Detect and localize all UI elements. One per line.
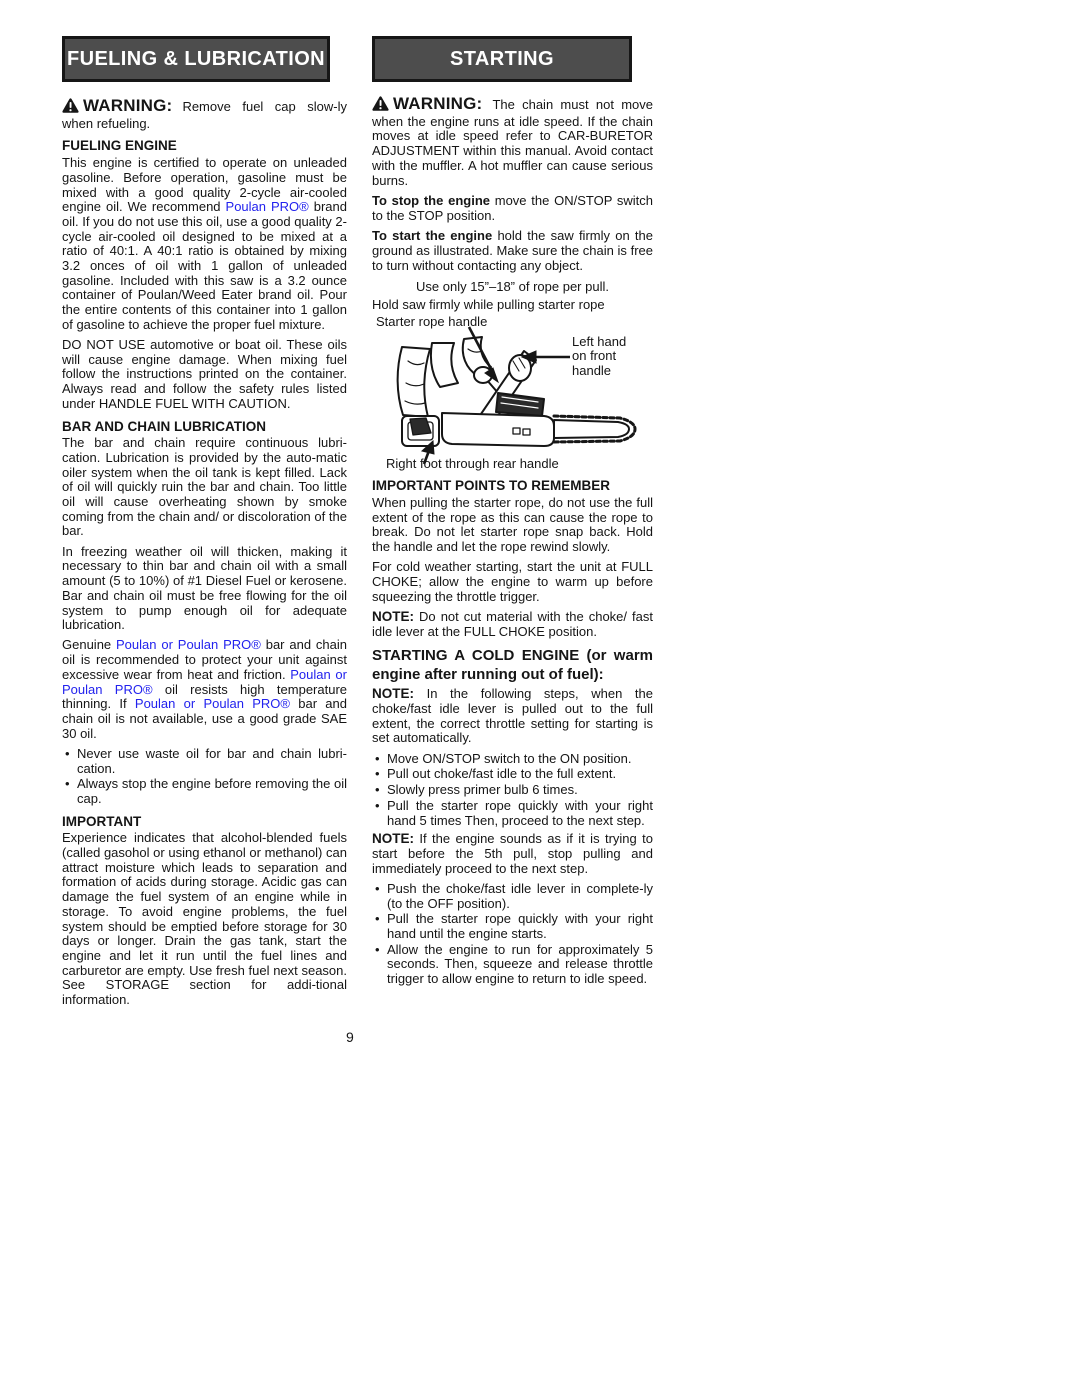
bold-lead: To start the engine — [372, 228, 492, 243]
page-number: 9 — [346, 1029, 354, 1045]
rope-length-note: Use only 15”–18” of rope per pull. — [372, 280, 653, 295]
body-text: Do not cut material with the choke/ fast… — [372, 609, 653, 639]
body-text: If the engine sounds as if it is trying … — [372, 831, 653, 875]
list-item: Pull the starter rope quickly with your … — [372, 799, 653, 828]
brand-text-poulan-pro: Poulan PRO® — [226, 199, 309, 214]
list-item: Push the choke/fast idle lever in comple… — [372, 882, 653, 911]
chainsaw-drawing — [372, 315, 653, 465]
paragraph-points-2: For cold weather starting, start the uni… — [372, 560, 653, 604]
section-header-starting-label: STARTING — [450, 48, 554, 71]
paragraph-points-1: When pulling the starter rope, do not us… — [372, 496, 653, 555]
oil-bullet-list: Never use waste oil for bar and chain lu… — [62, 747, 347, 807]
note-label: NOTE: — [372, 831, 414, 846]
paragraph-fueling-engine: This engine is certified to operate on u… — [62, 156, 347, 332]
warning-triangle-icon — [372, 96, 389, 115]
warning-label: WARNING: — [393, 94, 482, 113]
note-steps: NOTE: In the following steps, when the c… — [372, 687, 653, 746]
manual-page: FUELING & LUBRICATION STARTING WARNING:R… — [0, 0, 1080, 1397]
paragraph-important: Experience indicates that alcohol-blende… — [62, 831, 347, 1007]
cold-start-steps-list: Move ON/STOP switch to the ON position. … — [372, 752, 653, 829]
note-label: NOTE: — [372, 686, 414, 701]
paragraph-bar-chain-2: In freezing weather oil will thicken, ma… — [62, 545, 347, 633]
warning-starting: WARNING:The chain must not move when the… — [372, 96, 653, 188]
warning-label: WARNING: — [83, 96, 172, 115]
body-text: In the following steps, when the choke/f… — [372, 686, 653, 745]
list-item: Pull the starter rope quickly with your … — [372, 912, 653, 941]
paragraph-do-not-use: DO NOT USE automotive or boat oil. These… — [62, 338, 347, 412]
paragraph-bar-chain-3: Genuine Poulan or Poulan PRO® bar and ch… — [62, 638, 347, 741]
final-steps-list: Push the choke/fast idle lever in comple… — [372, 882, 653, 987]
section-heading-important: IMPORTANT — [62, 815, 347, 830]
section-header-fueling-label: FUELING & LUBRICATION — [67, 48, 325, 71]
warning-fueling: WARNING:Remove fuel cap slow-ly when ref… — [62, 98, 347, 131]
note-label: NOTE: — [372, 609, 414, 624]
section-header-fueling: FUELING & LUBRICATION — [62, 36, 330, 82]
hold-saw-note: Hold saw firmly while pulling starter ro… — [372, 298, 653, 313]
bold-lead: To stop the engine — [372, 193, 490, 208]
section-heading-cold-engine: STARTING A COLD ENGINE (or warm engine a… — [372, 646, 653, 684]
right-column: WARNING:The chain must not move when the… — [372, 96, 653, 991]
list-item: Allow the engine to run for approximatel… — [372, 943, 653, 987]
section-heading-important-points: IMPORTANT POINTS TO REMEMBER — [372, 479, 653, 494]
left-column: WARNING:Remove fuel cap slow-ly when ref… — [62, 98, 347, 1013]
list-item: Always stop the engine before removing t… — [62, 777, 347, 806]
brand-text-poulan: Poulan or Poulan PRO® — [116, 637, 261, 652]
warning-triangle-icon — [62, 98, 79, 117]
paragraph-bar-chain-1: The bar and chain require continuous lub… — [62, 436, 347, 539]
paragraph-stop-engine: To stop the engine move the ON/STOP swit… — [372, 194, 653, 223]
note-engine-sounds: NOTE: If the engine sounds as if it is t… — [372, 832, 653, 876]
list-item: Never use waste oil for bar and chain lu… — [62, 747, 347, 776]
list-item: Move ON/STOP switch to the ON position. — [372, 752, 653, 767]
section-heading-fueling-engine: FUELING ENGINE — [62, 139, 347, 154]
section-header-starting: STARTING — [372, 36, 632, 82]
list-item: Slowly press primer bulb 6 times. — [372, 783, 653, 798]
brand-text-poulan: Poulan or Poulan PRO® — [135, 696, 290, 711]
note-choke: NOTE: Do not cut material with the choke… — [372, 610, 653, 639]
list-item: Pull out choke/fast idle to the full ext… — [372, 767, 653, 782]
paragraph-start-engine: To start the engine hold the saw firmly … — [372, 229, 653, 273]
body-text: brand oil. If you do not use this oil, u… — [62, 199, 347, 332]
body-text: Genuine — [62, 637, 116, 652]
section-heading-bar-chain: BAR AND CHAIN LUBRICATION — [62, 420, 347, 435]
starting-illustration: Starter rope handle Left hand on front h… — [372, 315, 653, 443]
